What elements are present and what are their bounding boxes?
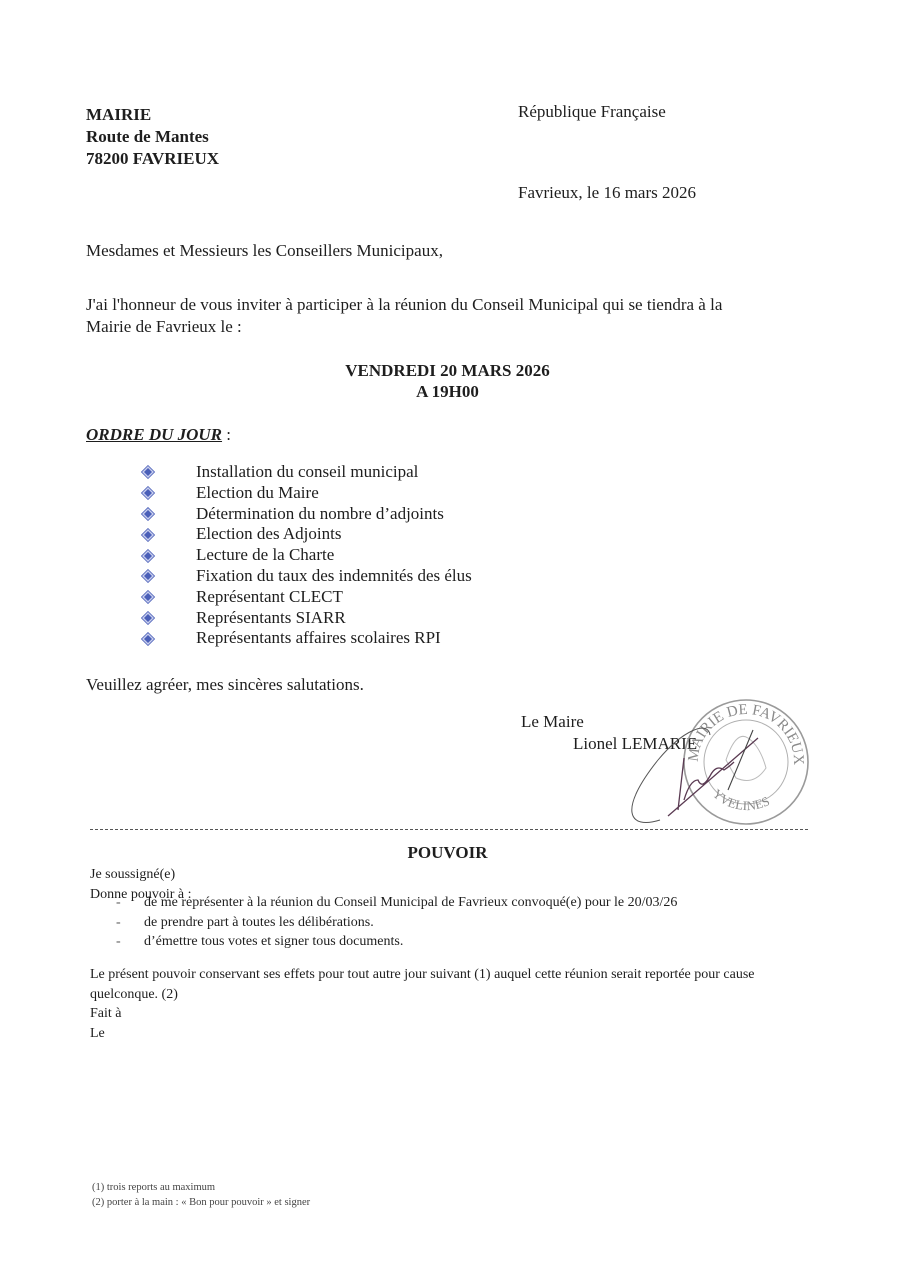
agenda-item: Représentants SIARR — [138, 608, 472, 629]
proxy-power-label: d’émettre tous votes et signer tous docu… — [144, 934, 403, 949]
svg-text:MAIRIE DE FAVRIEUX: MAIRIE DE FAVRIEUX — [686, 702, 807, 766]
meeting-time: A 19H00 — [0, 381, 895, 402]
proxy-place-field: Fait à — [90, 1004, 755, 1024]
agenda-item: Représentants affaires scolaires RPI — [138, 628, 472, 649]
dash-bullet-icon: - — [116, 932, 144, 952]
stamp-seal-icon: MAIRIE DE FAVRIEUX YVELINES — [598, 690, 813, 840]
agenda-title-suffix: : — [222, 425, 231, 444]
diamond-bullet-icon — [138, 546, 158, 566]
agenda-item-label: Représentants SIARR — [196, 608, 346, 629]
proxy-undersigned: Je soussigné(e) — [90, 865, 191, 885]
footnote-1: (1) trois reports au maximum — [92, 1180, 310, 1195]
date-line: Favrieux, le 16 mars 2026 — [518, 183, 696, 203]
salutation: Mesdames et Messieurs les Conseillers Mu… — [86, 241, 443, 261]
agenda-item: Installation du conseil municipal — [138, 462, 472, 483]
signatory-title: Le Maire — [521, 712, 584, 732]
country-heading: République Française — [518, 102, 666, 122]
sender-name: MAIRIE — [86, 104, 219, 126]
agenda-item: Détermination du nombre d’adjoints — [138, 504, 472, 525]
agenda-item-label: Représentants affaires scolaires RPI — [196, 628, 441, 649]
agenda-item: Lecture de la Charte — [138, 545, 472, 566]
intro-line-2: Mairie de Favrieux le : — [86, 316, 722, 338]
agenda-item-label: Représentant CLECT — [196, 587, 343, 608]
agenda-item: Fixation du taux des indemnités des élus — [138, 566, 472, 587]
agenda-item: Représentant CLECT — [138, 587, 472, 608]
diamond-bullet-icon — [138, 566, 158, 586]
footnotes: (1) trois reports au maximum (2) porter … — [92, 1180, 310, 1210]
proxy-validity-line-2: quelconque. (2) — [90, 985, 755, 1005]
sender-street: Route de Mantes — [86, 126, 219, 148]
proxy-power-label: de me représenter à la réunion du Consei… — [144, 895, 677, 910]
cut-line-divider — [90, 829, 808, 830]
svg-text:YVELINES: YVELINES — [710, 786, 772, 813]
agenda-item: Election des Adjoints — [138, 524, 472, 545]
agenda-item-label: Détermination du nombre d’adjoints — [196, 504, 444, 525]
official-stamp-and-signature: MAIRIE DE FAVRIEUX YVELINES — [598, 690, 813, 840]
dash-bullet-icon: - — [116, 893, 144, 913]
agenda-heading: ORDRE DU JOUR : — [86, 425, 231, 445]
proxy-form-body: Le présent pouvoir conservant ses effets… — [90, 965, 755, 1043]
agenda-item-label: Election du Maire — [196, 483, 319, 504]
agenda-item-label: Lecture de la Charte — [196, 545, 334, 566]
closing-formula: Veuillez agréer, mes sincères salutation… — [86, 675, 364, 695]
diamond-bullet-icon — [138, 525, 158, 545]
intro-paragraph: J'ai l'honneur de vous inviter à partici… — [86, 294, 722, 338]
diamond-bullet-icon — [138, 629, 158, 649]
proxy-power-item: -d’émettre tous votes et signer tous doc… — [116, 932, 677, 952]
diamond-bullet-icon — [138, 587, 158, 607]
agenda-item: Election du Maire — [138, 483, 472, 504]
proxy-power-item: -de me représenter à la réunion du Conse… — [116, 893, 677, 913]
diamond-bullet-icon — [138, 483, 158, 503]
proxy-power-label: de prendre part à toutes les délibératio… — [144, 915, 374, 930]
sender-address: MAIRIE Route de Mantes 78200 FAVRIEUX — [86, 104, 219, 170]
agenda-item-label: Fixation du taux des indemnités des élus — [196, 566, 472, 587]
agenda-item-label: Election des Adjoints — [196, 524, 341, 545]
diamond-bullet-icon — [138, 608, 158, 628]
agenda-title: ORDRE DU JOUR — [86, 425, 222, 444]
agenda-list: Installation du conseil municipalElectio… — [138, 462, 472, 649]
sender-city: 78200 FAVRIEUX — [86, 148, 219, 170]
meeting-date: VENDREDI 20 MARS 2026 — [0, 360, 895, 381]
footnote-2: (2) porter à la main : « Bon pour pouvoi… — [92, 1195, 310, 1210]
proxy-power-item: -de prendre part à toutes les délibérati… — [116, 913, 677, 933]
meeting-datetime: VENDREDI 20 MARS 2026 A 19H00 — [0, 360, 895, 402]
diamond-bullet-icon — [138, 504, 158, 524]
proxy-powers-list: -de me représenter à la réunion du Conse… — [116, 893, 677, 952]
proxy-date-field: Le — [90, 1024, 755, 1044]
agenda-item-label: Installation du conseil municipal — [196, 462, 418, 483]
proxy-validity-line-1: Le présent pouvoir conservant ses effets… — [90, 965, 755, 985]
intro-line-1: J'ai l'honneur de vous inviter à partici… — [86, 294, 722, 316]
dash-bullet-icon: - — [116, 913, 144, 933]
diamond-bullet-icon — [138, 462, 158, 482]
proxy-form-title: POUVOIR — [0, 843, 895, 863]
